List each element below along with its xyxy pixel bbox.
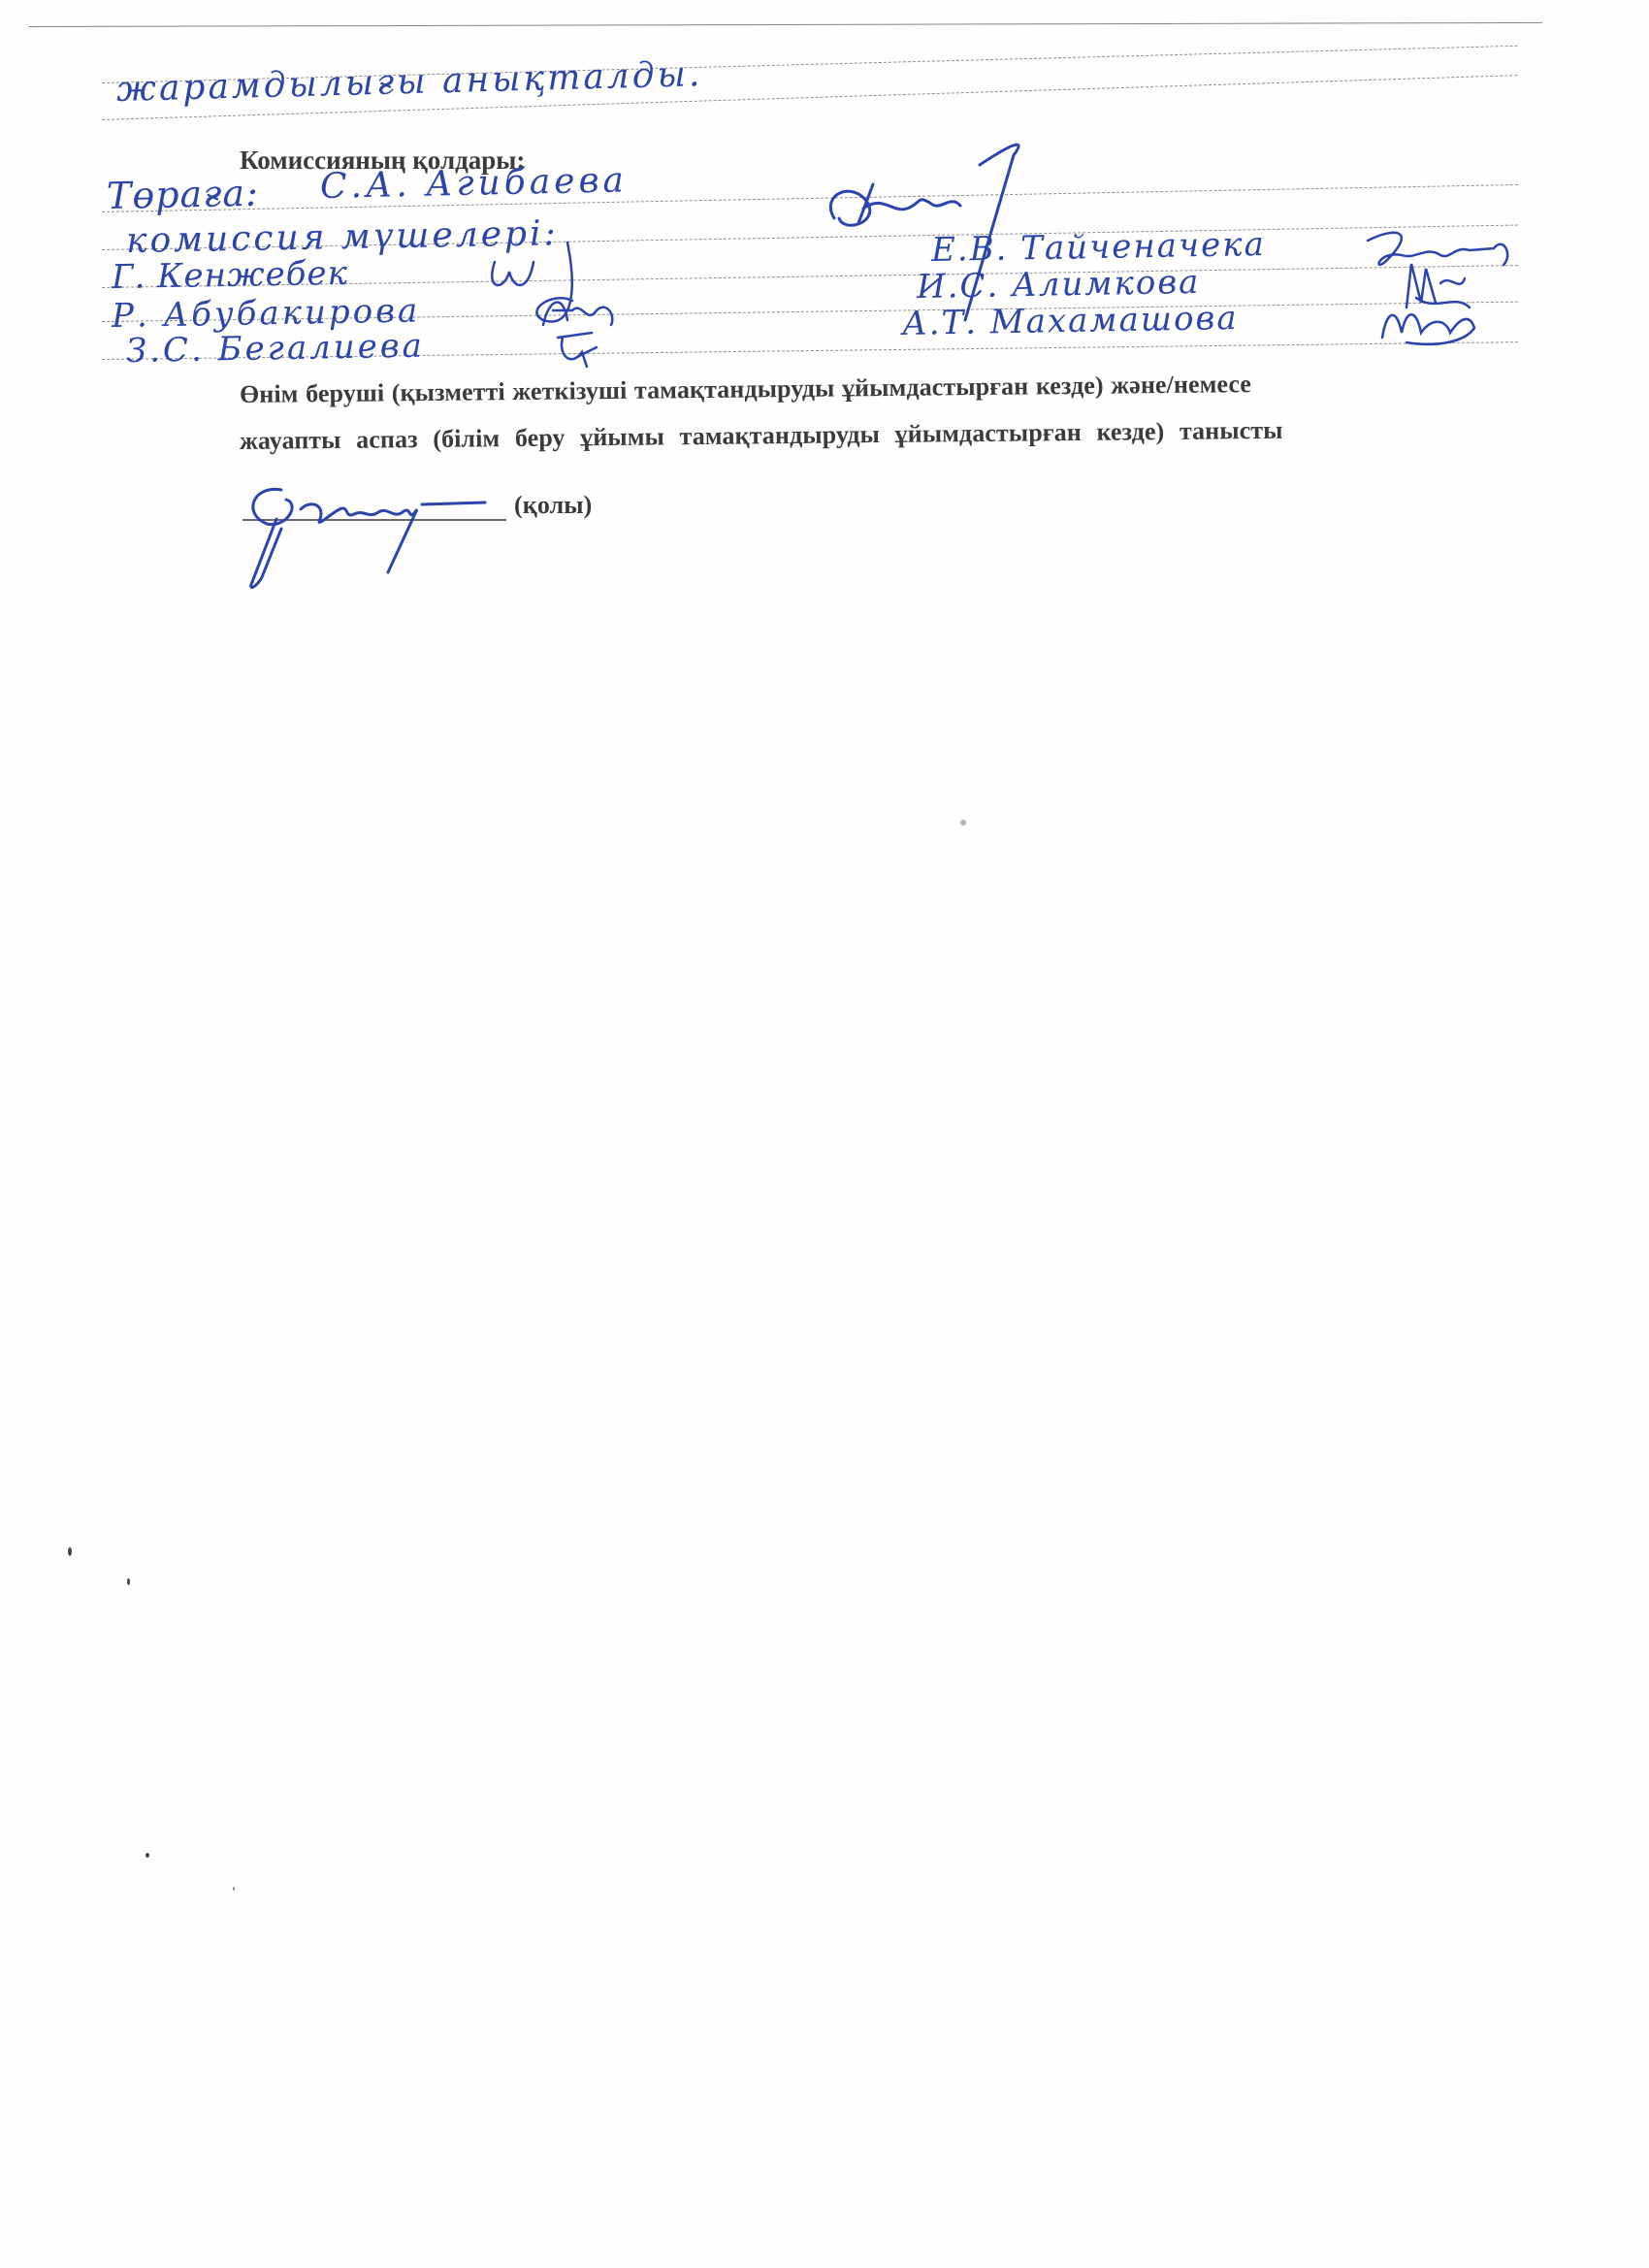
scan-speck [68, 1547, 72, 1556]
ruled-line [29, 22, 1542, 27]
signature-stroke-icon [553, 328, 611, 372]
acknowledgement-line-2: жауапты аспаз (білім беру ұйымы тамақтан… [240, 416, 1283, 456]
member-left-3-signature [553, 328, 611, 375]
signature-stroke-icon [242, 475, 514, 592]
scan-speck [127, 1578, 130, 1585]
signature-caption: (қолы) [514, 491, 592, 520]
scanned-document-page: жарамдылығы анықталды. Комиссияның қолда… [0, 0, 1649, 2268]
member-right-3-name: А.Т. Махамашова [902, 299, 1239, 343]
scan-speck [145, 1853, 149, 1858]
member-left-3-name: З.С. Бегалиева [126, 327, 426, 371]
member-left-1-name: Г. Кенжебек [112, 254, 349, 297]
handwritten-continuation-text: жарамдылығы анықталды. [115, 54, 702, 110]
scan-speck [233, 1887, 235, 1891]
chairman-name: С.А. Агибаева [320, 160, 629, 207]
acknowledgement-line-1: Өнім беруші (қызметті жеткізуші тамақтан… [240, 370, 1251, 409]
ruled-line [102, 184, 1518, 212]
signature-stroke-icon [1377, 299, 1484, 347]
member-right-3-signature [1377, 299, 1484, 351]
scan-speck [960, 820, 966, 826]
chairman-role-label: Төраға: [107, 172, 260, 217]
supplier-cook-signature [242, 475, 514, 596]
member-right-1-name: Е.В. Тайченачека [931, 225, 1267, 270]
